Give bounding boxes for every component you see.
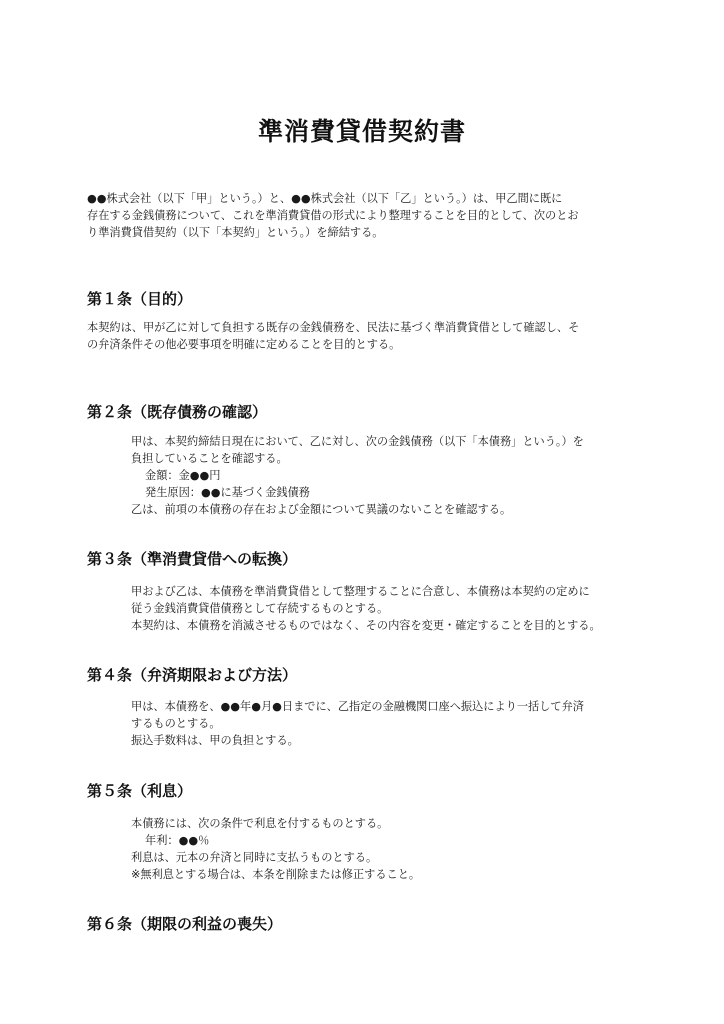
preamble-line: ●●株式会社（以下「甲」という。）と、●●株式会社（以下「乙」という。）は、甲乙… <box>87 190 647 207</box>
article-line: 金額：金●●円 <box>131 467 584 484</box>
preamble: ●●株式会社（以下「甲」という。）と、●●株式会社（以下「乙」という。）は、甲乙… <box>87 190 647 241</box>
article-line: 甲は、本債務を、●●年●月●日までに、乙指定の金融機関口座へ振込により一括して弁… <box>131 698 584 715</box>
article-3-heading: 第３条（準消費貸借への転換） <box>87 548 297 569</box>
preamble-line: り準消費貸借契約（以下「本契約」という。）を締結する。 <box>87 224 647 241</box>
article-line: 年利：●●％ <box>131 832 420 849</box>
article-line: 本契約は、本債務を消滅させるものではなく、その内容を変更・確定することを目的とす… <box>131 617 601 634</box>
article-6-heading: 第６条（期限の利益の喪失） <box>87 913 282 934</box>
article-line: ※無利息とする場合は、本条を削除または修正すること。 <box>131 866 420 883</box>
preamble-line: 存在する金銭債務について、これを準消費貸借の形式により整理することを目的として、… <box>87 207 647 224</box>
article-5-heading: 第５条（利息） <box>87 780 192 801</box>
document-page: 準消費貸借契約書 ●●株式会社（以下「甲」という。）と、●●株式会社（以下「乙」… <box>0 0 724 1024</box>
article-1-body: 本契約は、甲が乙に対して負担する既存の金銭債務を、民法に基づく準消費貸借として確… <box>87 319 579 353</box>
article-line: 甲および乙は、本債務を準消費貸借として整理することに合意し、本債務は本契約の定め… <box>131 583 601 600</box>
article-line: 発生原因：●●に基づく金銭債務 <box>131 484 584 501</box>
article-3-body: 甲および乙は、本債務を準消費貸借として整理することに合意し、本債務は本契約の定め… <box>131 583 601 634</box>
article-4-body: 甲は、本債務を、●●年●月●日までに、乙指定の金融機関口座へ振込により一括して弁… <box>131 698 584 749</box>
article-line: 甲は、本契約締結日現在において、乙に対し、次の金銭債務（以下「本債務」という。）… <box>131 433 584 450</box>
article-line: 負担していることを確認する。 <box>131 450 584 467</box>
article-2-body: 甲は、本契約締結日現在において、乙に対し、次の金銭債務（以下「本債務」という。）… <box>131 433 584 518</box>
article-line: 従う金銭消費貸借債務として存続するものとする。 <box>131 600 601 617</box>
article-4-heading: 第４条（弁済期限および方法） <box>87 664 297 685</box>
article-line: の弁済条件その他必要事項を明確に定めることを目的とする。 <box>87 336 579 353</box>
article-line: 利息は、元本の弁済と同時に支払うものとする。 <box>131 849 420 866</box>
article-line: 振込手数料は、甲の負担とする。 <box>131 732 584 749</box>
article-2-heading: 第２条（既存債務の確認） <box>87 401 267 422</box>
article-line: 乙は、前項の本債務の存在および金額について異議のないことを確認する。 <box>131 501 584 518</box>
article-line: 本契約は、甲が乙に対して負担する既存の金銭債務を、民法に基づく準消費貸借として確… <box>87 319 579 336</box>
article-5-body: 本債務には、次の条件で利息を付するものとする。 年利：●●％ 利息は、元本の弁済… <box>131 815 420 883</box>
document-title: 準消費貸借契約書 <box>0 112 724 148</box>
article-1-heading: 第１条（目的） <box>87 288 192 309</box>
article-line: するものとする。 <box>131 715 584 732</box>
article-line: 本債務には、次の条件で利息を付するものとする。 <box>131 815 420 832</box>
